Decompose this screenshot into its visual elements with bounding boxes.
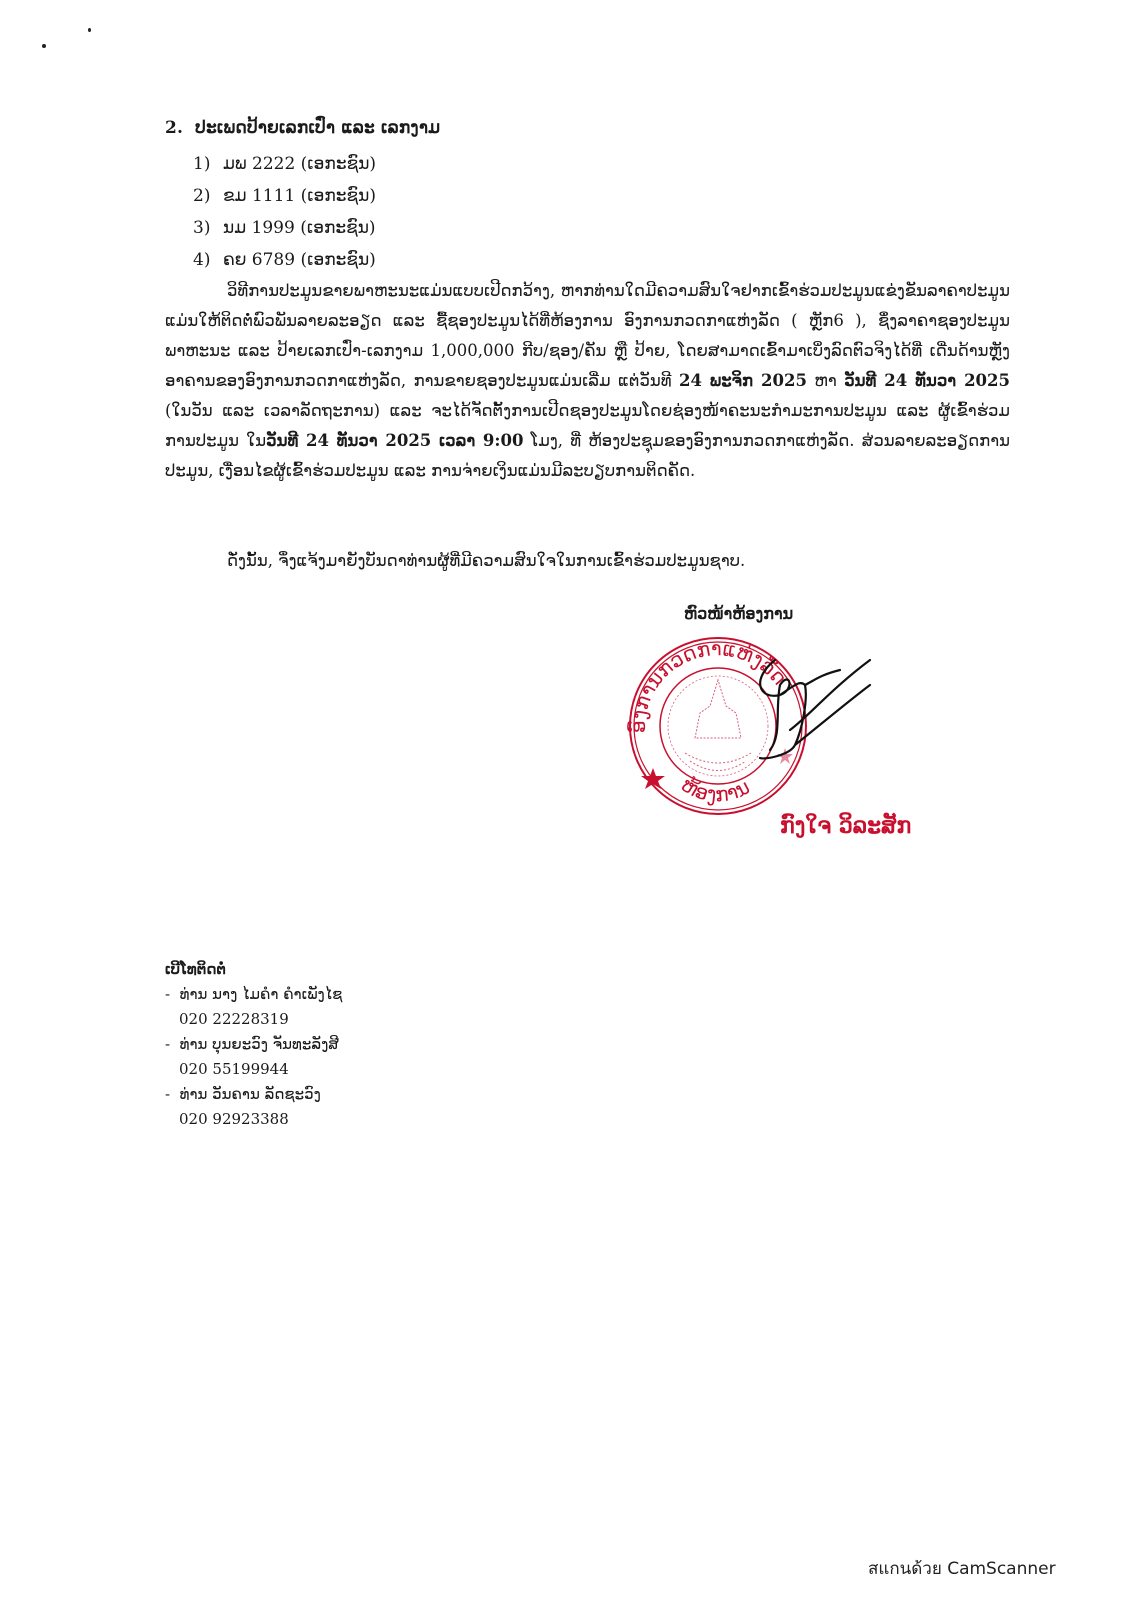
signature-icon [720, 640, 880, 780]
section-title: ປະເພດປ້າຍເລກເປົ່າ ແລະ ເລກງາມ [195, 118, 440, 138]
signer-name: ກົງໃຈ ວິລະສັກ [780, 813, 911, 839]
contact-name: ທ່ານ ວັນຄານ ລັດຊະວົງ [165, 1082, 342, 1107]
contact-phone: 020 22228319 [165, 1007, 342, 1032]
contact-name: ທ່ານ ນາງ ໄມຄຳ ຄຳເພັງໄຊ [165, 982, 342, 1007]
scan-speck [88, 28, 91, 32]
contact-section: ເບີໂທຕິດຕໍ່ ທ່ານ ນາງ ໄມຄຳ ຄຳເພັງໄຊ 020 2… [165, 960, 342, 1132]
camscanner-watermark: สแกนด้วย CamScanner [868, 1555, 1056, 1582]
plate-list: 1)ມພ 2222 (ເອກະຊົນ) 2)ຂມ 1111 (ເອກະຊົນ) … [193, 148, 376, 276]
contact-phone: 020 92923388 [165, 1107, 342, 1132]
closing-paragraph: ດັ່ງນັ້ນ, ຈຶ່ງແຈ້ງມາຍັງບັນດາທ່ານຜູ້ທີ່ມີ… [165, 546, 1010, 576]
section-number: 2. [165, 118, 183, 138]
section-heading: 2.ປະເພດປ້າຍເລກເປົ່າ ແລະ ເລກງາມ [165, 118, 440, 138]
signer-title: ຫົວໜ້າຫ້ອງການ [684, 604, 793, 623]
sale-start-date: 24 ພະຈິກ 2025 [679, 371, 807, 390]
scan-speck [42, 44, 46, 48]
list-item: 4)ຄຍ 6789 (ເອກະຊົນ) [193, 244, 376, 276]
contact-name: ທ່ານ ບຸນຍະວົງ ຈັນທະລັງສີ [165, 1032, 342, 1057]
opening-date: ວັນທີ 24 ທັນວາ 2025 ເວລາ 9:00 [266, 431, 523, 450]
contact-title: ເບີໂທຕິດຕໍ່ [165, 960, 342, 978]
list-item: 1)ມພ 2222 (ເອກະຊົນ) [193, 148, 376, 180]
list-item: 2)ຂມ 1111 (ເອກະຊົນ) [193, 180, 376, 212]
document-page: 2.ປະເພດປ້າຍເລກເປົ່າ ແລະ ເລກງາມ 1)ມພ 2222… [0, 0, 1130, 1600]
sale-end-date: ວັນທີ 24 ທັນວາ 2025 [844, 371, 1010, 390]
list-item: 3)ນມ 1999 (ເອກະຊົນ) [193, 212, 376, 244]
contact-phone: 020 55199944 [165, 1057, 342, 1082]
auction-details-paragraph: ວິທີການປະມູນຂາຍພາຫະນະແມ່ນແບບເປີດກວ້າງ, ຫ… [165, 276, 1010, 486]
